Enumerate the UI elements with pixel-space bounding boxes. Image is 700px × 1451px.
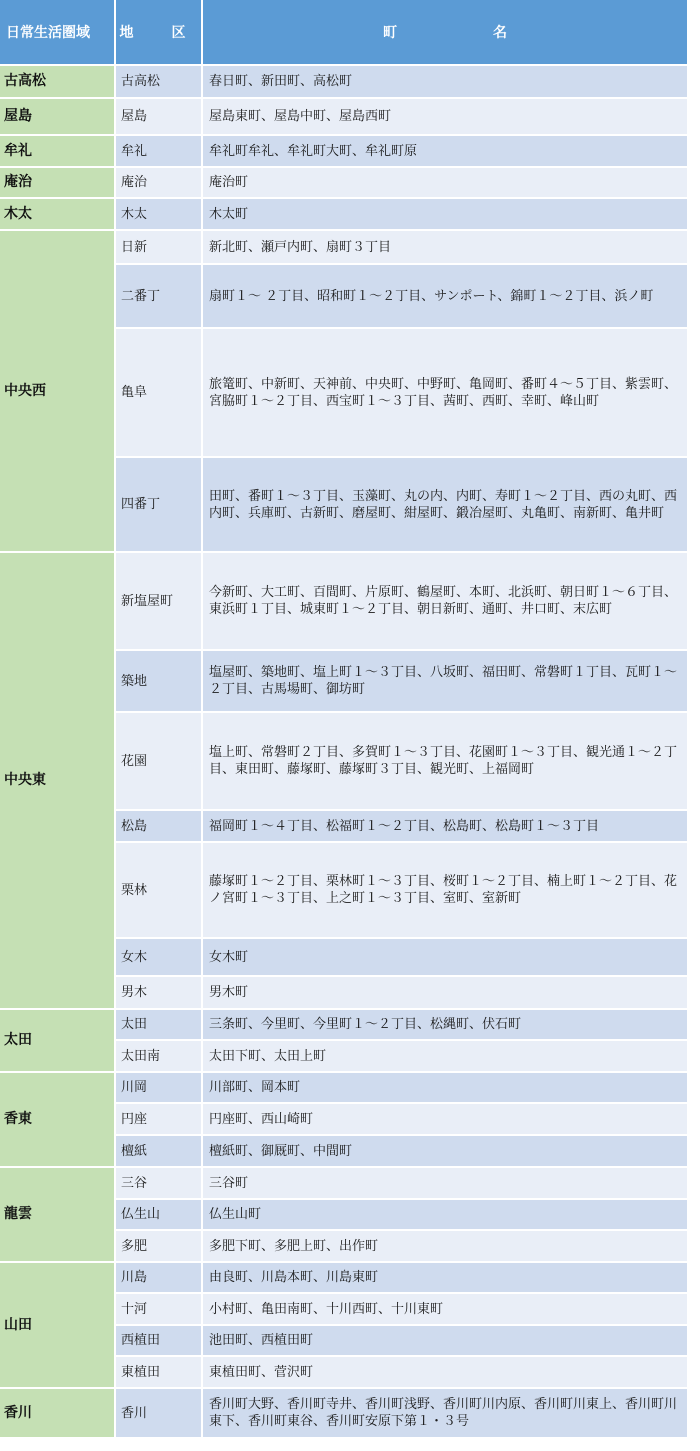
district-cell: 女木 (116, 939, 201, 975)
towns-cell: 牟礼町牟礼、牟礼町大町、牟礼町原 (203, 136, 687, 166)
district-cell: 日新 (116, 231, 201, 263)
district-cell: 檀紙 (116, 1136, 201, 1166)
towns-cell: 小村町、亀田南町、十川西町、十川東町 (203, 1294, 687, 1324)
district-cell: 牟礼 (116, 136, 201, 166)
towns-cell: 多肥下町、多肥上町、出作町 (203, 1231, 687, 1261)
district-cell: 木太 (116, 199, 201, 229)
towns-cell: 塩屋町、築地町、塩上町１～３丁目、八坂町、福田町、常磐町１丁目、瓦町１～２丁目、… (203, 651, 687, 711)
towns-cell: 庵治町 (203, 168, 687, 197)
district-cell: 香川 (116, 1389, 201, 1437)
towns-cell: 三谷町 (203, 1168, 687, 1198)
district-cell: 四番丁 (116, 458, 201, 551)
towns-cell: 川部町、岡本町 (203, 1073, 687, 1102)
towns-cell: 由良町、川島本町、川島東町 (203, 1263, 687, 1292)
district-cell: 太田南 (116, 1041, 201, 1071)
district-cell: 多肥 (116, 1231, 201, 1261)
header-district: 地 区 (116, 0, 201, 64)
district-cell: 仏生山 (116, 1200, 201, 1229)
table-row: 牟礼牟礼牟礼町牟礼、牟礼町大町、牟礼町原 (0, 136, 687, 166)
district-cell: 男木 (116, 977, 201, 1008)
header-row: 日常生活圏域 地 区 町名 (0, 0, 687, 64)
towns-cell: 檀紙町、御厩町、中間町 (203, 1136, 687, 1166)
towns-cell: 東植田町、菅沢町 (203, 1357, 687, 1387)
towns-cell: 扇町１～ ２丁目、昭和町１～２丁目、サンポート、錦町１～２丁目、浜ノ町 (203, 265, 687, 327)
district-cell: 川島 (116, 1263, 201, 1292)
table-row: 屋島屋島屋島東町、屋島中町、屋島西町 (0, 99, 687, 134)
district-cell: 川岡 (116, 1073, 201, 1102)
towns-cell: 屋島東町、屋島中町、屋島西町 (203, 99, 687, 134)
towns-cell: 田町、番町１～３丁目、玉藻町、丸の内、内町、寿町１～２丁目、西の丸町、西内町、兵… (203, 458, 687, 551)
area-table: 日常生活圏域 地 区 町名 古高松古高松春日町、新田町、高松町屋島屋島屋島東町、… (0, 0, 689, 1439)
zone-cell: 中央西 (0, 231, 114, 551)
towns-cell: 今新町、大工町、百間町、片原町、鶴屋町、本町、北浜町、朝日町１～６丁目、東浜町１… (203, 553, 687, 649)
zone-cell: 太田 (0, 1010, 114, 1071)
table-row: 香川香川香川町大野、香川町寺井、香川町浅野、香川町川内原、香川町川東上、香川町川… (0, 1389, 687, 1437)
zone-cell: 龍雲 (0, 1168, 114, 1261)
header-towns-b: 名 (493, 25, 507, 41)
towns-cell: 女木町 (203, 939, 687, 975)
district-cell: 古高松 (116, 66, 201, 97)
towns-cell: 春日町、新田町、高松町 (203, 66, 687, 97)
district-cell: 東植田 (116, 1357, 201, 1387)
towns-cell: 塩上町、常磐町２丁目、多賀町１～３丁目、花園町１～３丁目、観光通１～２丁目、東田… (203, 713, 687, 809)
table-row: 古高松古高松春日町、新田町、高松町 (0, 66, 687, 97)
district-cell: 三谷 (116, 1168, 201, 1198)
towns-cell: 三条町、今里町、今里町１～２丁目、松縄町、伏石町 (203, 1010, 687, 1039)
zone-cell: 庵治 (0, 168, 114, 197)
district-cell: 十河 (116, 1294, 201, 1324)
towns-cell: 藤塚町１～２丁目、栗林町１～３丁目、桜町１～２丁目、楠上町１～２丁目、花ノ宮町１… (203, 843, 687, 937)
table-row: 龍雲三谷三谷町 (0, 1168, 687, 1198)
zone-cell: 香東 (0, 1073, 114, 1166)
zone-cell: 中央東 (0, 553, 114, 1008)
district-cell: 栗林 (116, 843, 201, 937)
district-cell: 花園 (116, 713, 201, 809)
header-towns: 町名 (203, 0, 687, 64)
district-cell: 西植田 (116, 1326, 201, 1355)
district-cell: 二番丁 (116, 265, 201, 327)
zone-cell: 香川 (0, 1389, 114, 1437)
table-body: 古高松古高松春日町、新田町、高松町屋島屋島屋島東町、屋島中町、屋島西町牟礼牟礼牟… (0, 66, 687, 1437)
zone-cell: 古高松 (0, 66, 114, 97)
zone-cell: 山田 (0, 1263, 114, 1387)
district-cell: 松島 (116, 811, 201, 841)
table-row: 木太木太木太町 (0, 199, 687, 229)
district-cell: 庵治 (116, 168, 201, 197)
zone-cell: 木太 (0, 199, 114, 229)
header-towns-a: 町 (383, 25, 397, 41)
header-zone: 日常生活圏域 (0, 0, 114, 64)
table-row: 庵治庵治庵治町 (0, 168, 687, 197)
table-row: 山田川島由良町、川島本町、川島東町 (0, 1263, 687, 1292)
zone-cell: 屋島 (0, 99, 114, 134)
towns-cell: 円座町、西山崎町 (203, 1104, 687, 1134)
table-row: 中央東新塩屋町今新町、大工町、百間町、片原町、鶴屋町、本町、北浜町、朝日町１～６… (0, 553, 687, 649)
table-row: 香東川岡川部町、岡本町 (0, 1073, 687, 1102)
district-cell: 新塩屋町 (116, 553, 201, 649)
towns-cell: 男木町 (203, 977, 687, 1008)
district-cell: 円座 (116, 1104, 201, 1134)
towns-cell: 旅篭町、中新町、天神前、中央町、中野町、亀岡町、番町４～５丁目、紫雲町、宮脇町１… (203, 329, 687, 456)
towns-cell: 池田町、西植田町 (203, 1326, 687, 1355)
towns-cell: 香川町大野、香川町寺井、香川町浅野、香川町川内原、香川町川東上、香川町川東下、香… (203, 1389, 687, 1437)
table-row: 中央西日新新北町、瀬戸内町、扇町３丁目 (0, 231, 687, 263)
towns-cell: 福岡町１～４丁目、松福町１～２丁目、松島町、松島町１～３丁目 (203, 811, 687, 841)
district-cell: 築地 (116, 651, 201, 711)
towns-cell: 太田下町、太田上町 (203, 1041, 687, 1071)
zone-cell: 牟礼 (0, 136, 114, 166)
district-cell: 太田 (116, 1010, 201, 1039)
towns-cell: 仏生山町 (203, 1200, 687, 1229)
table-row: 太田太田三条町、今里町、今里町１～２丁目、松縄町、伏石町 (0, 1010, 687, 1039)
district-cell: 亀阜 (116, 329, 201, 456)
towns-cell: 木太町 (203, 199, 687, 229)
towns-cell: 新北町、瀬戸内町、扇町３丁目 (203, 231, 687, 263)
district-cell: 屋島 (116, 99, 201, 134)
